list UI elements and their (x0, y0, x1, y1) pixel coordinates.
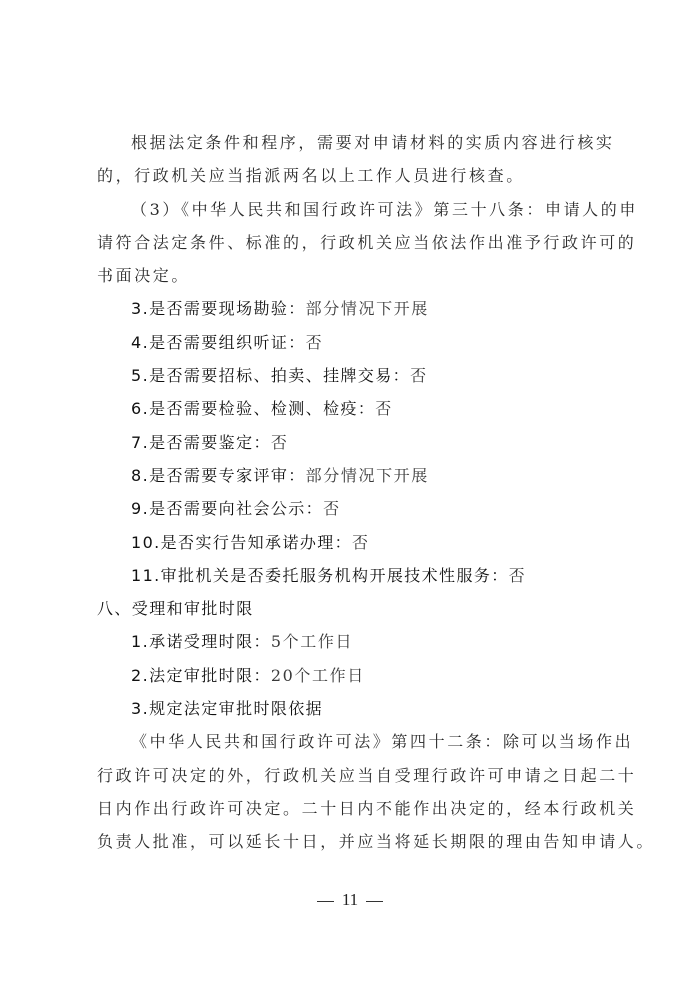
item-value: 否 (323, 499, 341, 518)
paragraph-line: （3）《中华人民共和国行政许可法》第三十八条：申请人的申 (97, 193, 607, 226)
item-value: 否 (352, 533, 370, 552)
list-item: 10.是否实行告知承诺办理：否 (97, 526, 607, 559)
list-item: 5.是否需要招标、拍卖、挂牌交易：否 (97, 359, 607, 392)
item-value: 部分情况下开展 (306, 466, 429, 485)
item-value: 否 (306, 333, 324, 352)
document-page: 根据法定条件和程序，需要对申请材料的实质内容进行核实 的，行政机关应当指派两名以… (97, 126, 607, 859)
list-item: 9.是否需要向社会公示：否 (97, 492, 607, 525)
item-label: 2.法定审批时限： (131, 666, 271, 685)
item-label: 1.承诺受理时限： (131, 632, 271, 651)
list-item: 4.是否需要组织听证：否 (97, 326, 607, 359)
list-item: 11.审批机关是否委托服务机构开展技术性服务：否 (97, 559, 607, 592)
page-number-value: 11 (342, 890, 358, 909)
list-item: 3.是否需要现场勘验：部分情况下开展 (97, 292, 607, 325)
item-label: 3.是否需要现场勘验： (131, 299, 306, 318)
item-label: 10.是否实行告知承诺办理： (131, 533, 352, 552)
item-label: 3.规定法定审批时限依据 (131, 699, 323, 718)
item-label: 7.是否需要鉴定： (131, 433, 271, 452)
item-value: 5个工作日 (271, 632, 353, 651)
item-value: 否 (410, 366, 428, 385)
item-label: 4.是否需要组织听证： (131, 333, 306, 352)
page-number: 11 (0, 890, 700, 910)
dash-left-icon (317, 901, 334, 902)
item-value: 否 (375, 399, 393, 418)
list-item: 2.法定审批时限：20个工作日 (97, 659, 607, 692)
paragraph-line: 请符合法定条件、标准的，行政机关应当依法作出准予行政许可的 (97, 226, 607, 259)
paragraph-line: 根据法定条件和程序，需要对申请材料的实质内容进行核实 (97, 126, 607, 159)
paragraph-line: 书面决定。 (97, 259, 607, 292)
dash-right-icon (366, 901, 383, 902)
item-value: 20个工作日 (271, 666, 365, 685)
item-value: 否 (271, 433, 289, 452)
list-item: 3.规定法定审批时限依据 (97, 692, 607, 725)
item-label: 5.是否需要招标、拍卖、挂牌交易： (131, 366, 410, 385)
item-label: 6.是否需要检验、检测、检疫： (131, 399, 375, 418)
item-label: 8.是否需要专家评审： (131, 466, 306, 485)
item-label: 9.是否需要向社会公示： (131, 499, 323, 518)
item-value: 否 (509, 566, 527, 585)
paragraph-line: 负责人批准，可以延长十日，并应当将延长期限的理由告知申请人。 (97, 825, 607, 858)
paragraph-line: 行政许可决定的外，行政机关应当自受理行政许可申请之日起二十 (97, 759, 607, 792)
list-item: 8.是否需要专家评审：部分情况下开展 (97, 459, 607, 492)
item-label: 11.审批机关是否委托服务机构开展技术性服务： (131, 566, 509, 585)
list-item: 7.是否需要鉴定：否 (97, 426, 607, 459)
item-value: 部分情况下开展 (306, 299, 429, 318)
paragraph-line: 日内作出行政许可决定。二十日内不能作出决定的，经本行政机关 (97, 792, 607, 825)
paragraph-line: 的，行政机关应当指派两名以上工作人员进行核查。 (97, 159, 607, 192)
list-item: 1.承诺受理时限：5个工作日 (97, 625, 607, 658)
section-heading: 八、受理和审批时限 (97, 592, 607, 625)
paragraph-line: 《中华人民共和国行政许可法》第四十二条：除可以当场作出 (97, 725, 607, 758)
list-item: 6.是否需要检验、检测、检疫：否 (97, 392, 607, 425)
